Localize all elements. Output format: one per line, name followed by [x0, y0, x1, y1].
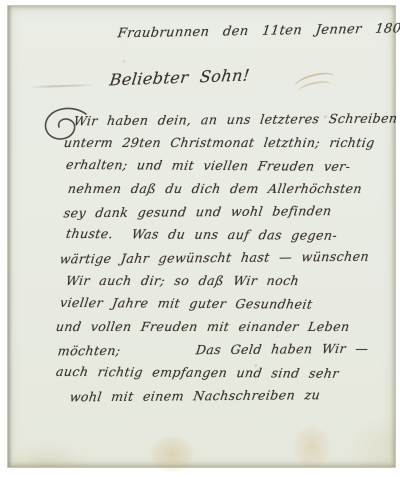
body-line: möchten; Das Geld haben Wir — [56, 337, 384, 363]
letter-page: Fraubrunnen den 11ten Jenner 1808. Belie… [7, 5, 396, 468]
body-line: unterm 29ten Christmonat letzthin; richt… [62, 131, 384, 154]
body-line: vieller Jahre mit guter Gesundheit [58, 291, 384, 316]
letter-body: Wir haben dein, an uns letzteres Schreib… [56, 108, 383, 407]
body-line: wärtige Jahr gewünscht hast — wünschen [58, 245, 384, 271]
photo-background: Fraubrunnen den 11ten Jenner 1808. Belie… [0, 0, 400, 477]
body-line: wohl mit einem Nachschreiben zu [68, 383, 384, 409]
body-line: auch richtig empfangen und sind sehr [54, 360, 384, 385]
paper-stain [150, 436, 194, 472]
body-line: erhalten; und mit viellen Freuden ver- [64, 153, 384, 178]
salutation: Beliebter Sohn! [108, 66, 250, 90]
dateline: Fraubrunnen den 11ten Jenner 1808. [117, 22, 382, 42]
body-line: und vollen Freuden mit einander Leben [54, 315, 384, 338]
body-line: thuste. Was du uns auf das gegen- [64, 222, 384, 247]
paper-scratch-mark [30, 84, 96, 88]
body-line: Wir haben dein, an uns letzteres Schreib… [72, 107, 384, 133]
body-line: sey dank gesund und wohl befinden [62, 199, 384, 225]
body-line: Wir auch dir; so daß Wir noch [64, 269, 384, 292]
paper-stain [294, 426, 330, 468]
body-line: nehmen daß du dich dem Allerhöchsten [66, 177, 384, 200]
